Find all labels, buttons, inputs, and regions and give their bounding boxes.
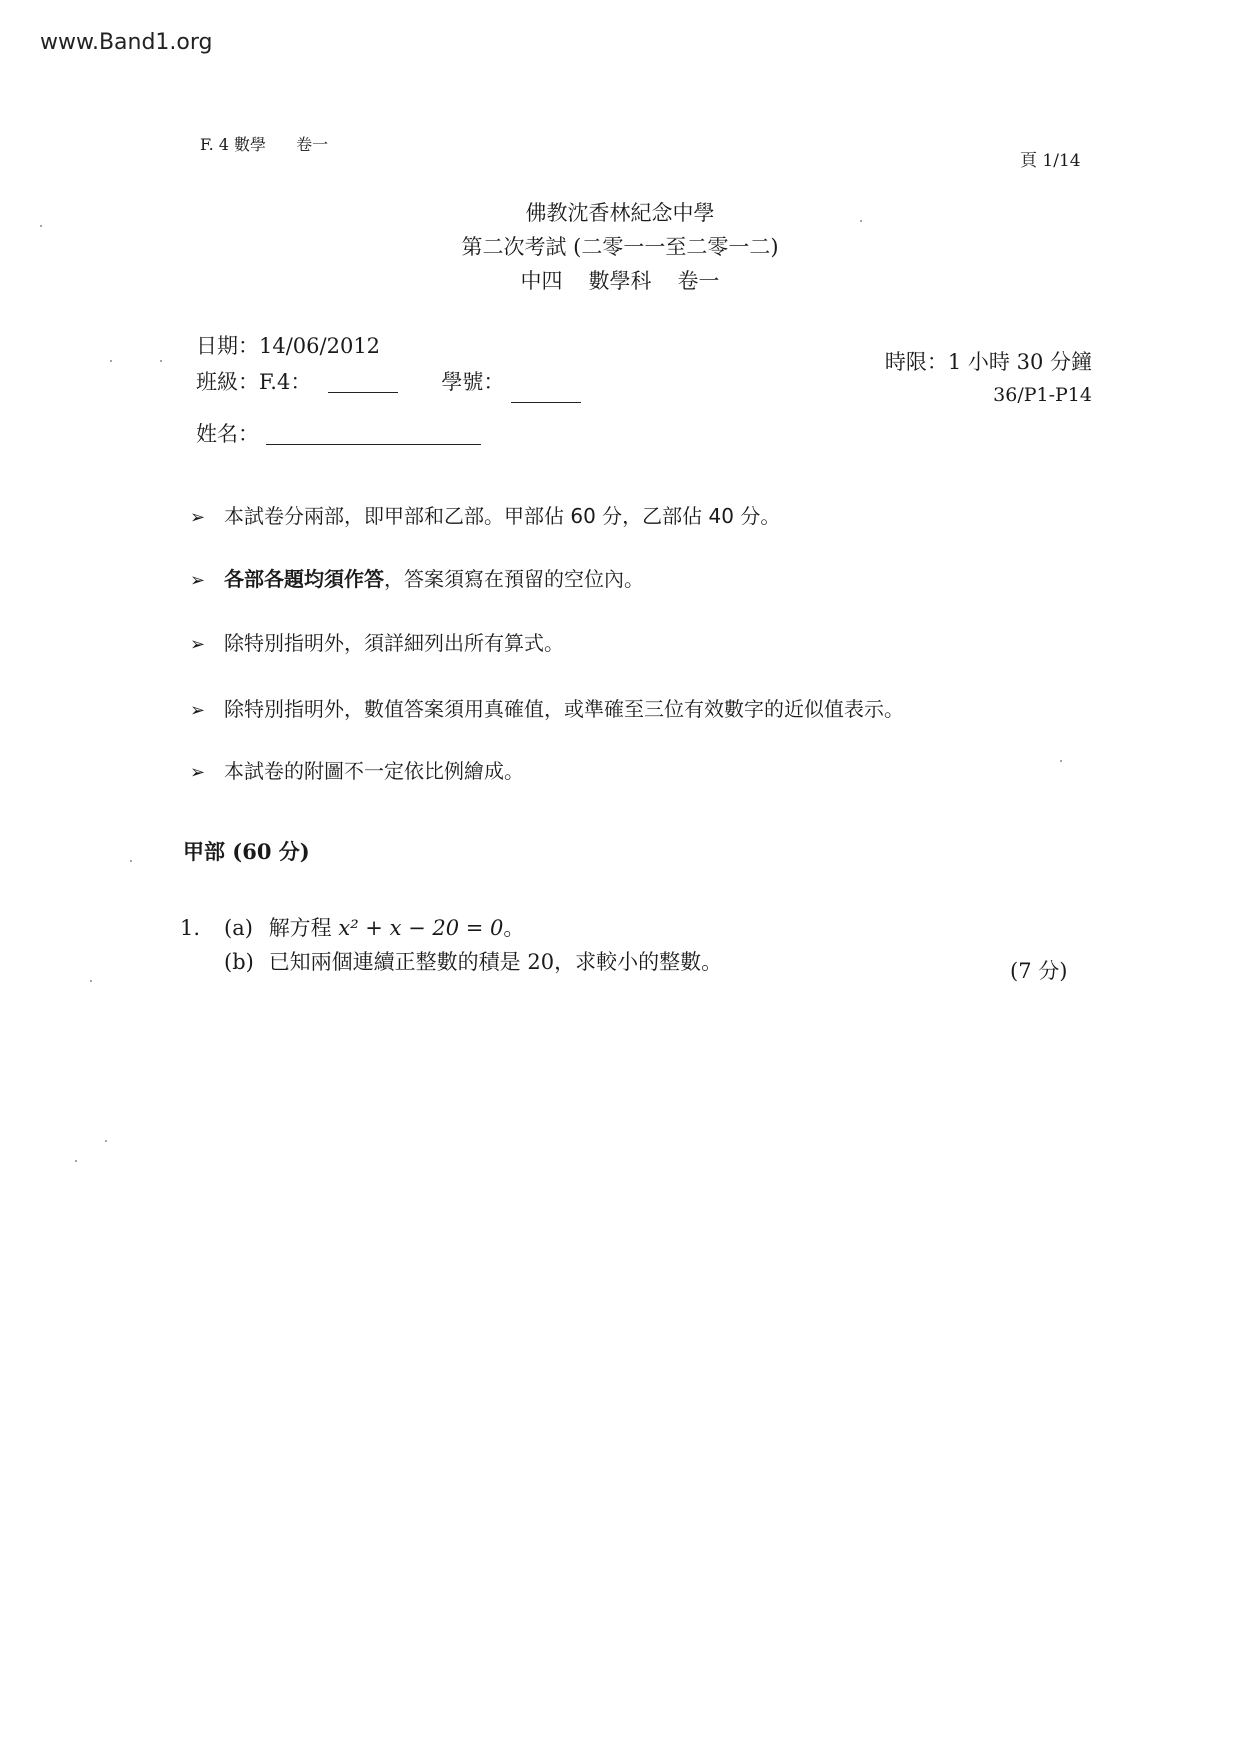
level: 中四 [521,269,563,293]
student-no-field[interactable] [511,402,581,403]
scan-speck [110,360,112,362]
header-paper: 卷一 [296,135,328,154]
instruction-item: ➢本試卷分兩部，即甲部和乙部。甲部佔 60 分，乙部佔 40 分。 [190,500,780,529]
date-label: 日期： [196,334,259,358]
time-limit: 時限：1 小時 30 分鐘 [885,346,1092,376]
equation: x² + x − 20 = 0 [338,916,503,940]
scan-speck [105,1140,107,1142]
scan-speck [860,220,862,222]
date-row: 日期：14/06/2012 [196,330,380,360]
arrow-bullet-icon: ➢ [190,700,224,721]
class-label: 班級： [196,370,259,394]
instruction-item: ➢除特別指明外，須詳細列出所有算式。 [190,627,564,656]
scan-speck [75,1160,77,1162]
scan-speck [1060,760,1062,762]
date-value: 14/06/2012 [259,334,380,358]
watermark-url[interactable]: www.Band1.org [40,30,213,55]
header-form-subject: F. 4 數學卷一 [200,132,328,155]
part-label: (b) [224,950,262,974]
part-prefix: 解方程 [269,916,332,940]
instruction-item: ➢除特別指明外，數值答案須用真確值，或準確至三位有效數字的近似值表示。 [190,693,904,722]
scan-speck [90,980,92,982]
instruction-item: ➢各部各題均須作答，答案須寫在預留的空位內。 [190,563,644,592]
page-code: 36/P1-P14 [993,384,1092,406]
page-number: 頁 1/14 [1020,146,1081,171]
student-no-label: 學號： [441,370,504,394]
arrow-bullet-icon: ➢ [190,634,224,655]
header-subject: F. 4 數學 [200,135,266,154]
class-value: F.4： [259,370,311,394]
name-field[interactable] [266,444,481,445]
part-label: (a) [224,916,262,940]
instruction-item: ➢本試卷的附圖不一定依比例繪成。 [190,755,524,784]
arrow-bullet-icon: ➢ [190,570,224,591]
arrow-bullet-icon: ➢ [190,762,224,783]
section-a-title: 甲部 (60 分) [183,836,310,866]
name-label: 姓名： [196,422,259,446]
part-prefix: 已知兩個連續正整數的積是 20，求較小的整數。 [269,950,722,974]
scan-speck [40,225,42,227]
school-name: 佛教沈香林紀念中學 [0,196,1240,230]
instruction-bold-text: 各部各題均須作答 [224,567,384,591]
class-number-field[interactable] [328,392,398,393]
question-1b: (b) 已知兩個連續正整數的積是 20，求較小的整數。 [224,946,722,976]
question-marks: (7 分) [1010,955,1067,985]
scan-speck [130,860,132,862]
question-number: 1. [180,916,224,940]
name-row: 姓名： [196,418,481,448]
paper-title: 中四數學科卷一 [0,264,1240,298]
paper: 卷一 [678,269,720,293]
question-1a: 1.(a) 解方程 x² + x − 20 = 0。 [180,912,524,942]
class-row: 班級：F.4： 學號： [196,366,581,403]
arrow-bullet-icon: ➢ [190,507,224,528]
scan-speck [160,360,162,362]
exam-name: 第二次考試 (二零一一至二零一二) [0,230,1240,264]
subject: 數學科 [589,269,652,293]
